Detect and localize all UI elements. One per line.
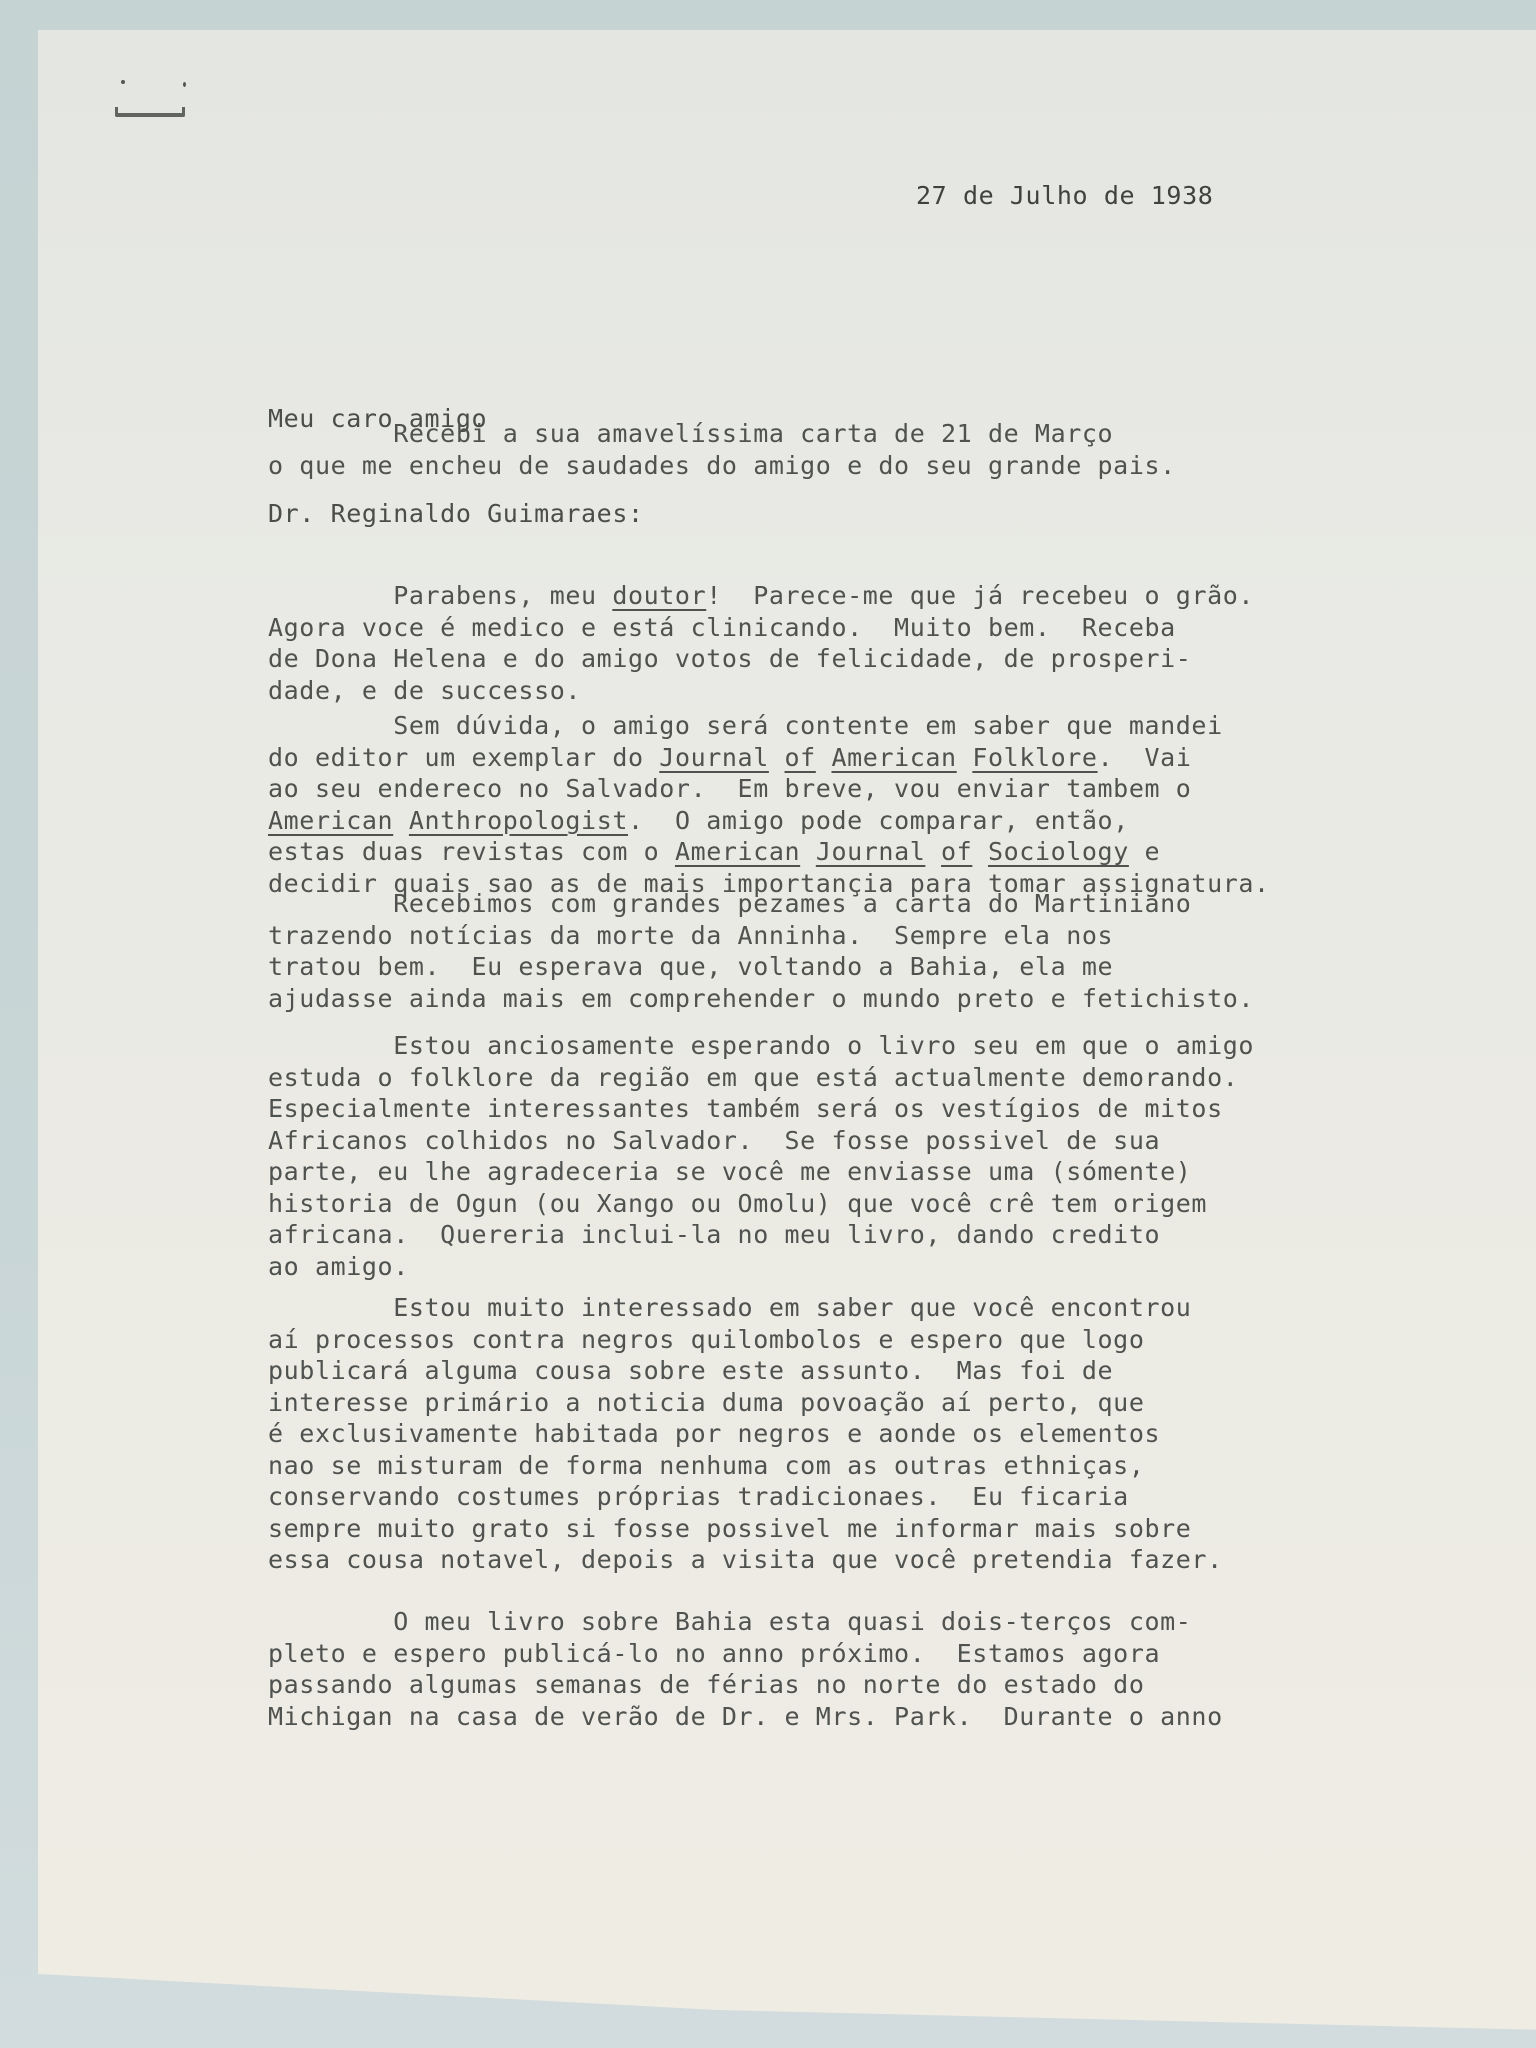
underlined-title: Anthropologist bbox=[409, 806, 628, 835]
text-line: ao amigo. bbox=[268, 1251, 1254, 1283]
text-line: publicará alguma cousa sobre este assunt… bbox=[268, 1355, 1223, 1387]
text-line: Michigan na casa de verão de Dr. e Mrs. … bbox=[268, 1701, 1223, 1733]
text-line: historia de Ogun (ou Xango ou Omolu) que… bbox=[268, 1188, 1254, 1220]
underlined-title: Folklore bbox=[972, 743, 1097, 772]
text-segment: ! Parece-me que já recebeu o grão. bbox=[706, 581, 1254, 610]
text-line: pleto e espero publicá-lo no anno próxim… bbox=[268, 1638, 1223, 1670]
text-segment bbox=[393, 806, 409, 835]
text-line: trazendo notícias da morte da Anninha. S… bbox=[268, 920, 1254, 952]
text-line: aí processos contra negros quilombolos e… bbox=[268, 1324, 1223, 1356]
text-line: nao se misturam de forma nenhuma com as … bbox=[268, 1450, 1223, 1482]
text-segment: . Vai bbox=[1098, 743, 1192, 772]
text-line: Estou anciosamente esperando o livro seu… bbox=[268, 1030, 1254, 1062]
text-segment bbox=[816, 743, 832, 772]
underlined-title: of bbox=[785, 743, 816, 772]
underlined-title: Journal bbox=[816, 837, 926, 866]
text-segment: do editor um exemplar do bbox=[268, 743, 659, 772]
text-segment: e bbox=[1129, 837, 1160, 866]
text-line: de Dona Helena e do amigo votos de felic… bbox=[268, 643, 1254, 675]
punch-mark bbox=[183, 82, 186, 87]
paragraph: Parabens, meu doutor! Parece-me que já r… bbox=[268, 580, 1254, 706]
text-line: parte, eu lhe agradeceria se você me env… bbox=[268, 1156, 1254, 1188]
paragraph: Estou anciosamente esperando o livro seu… bbox=[268, 1030, 1254, 1282]
text-line: O meu livro sobre Bahia esta quasi dois-… bbox=[268, 1606, 1223, 1638]
text-segment bbox=[769, 743, 785, 772]
staple-mark-icon bbox=[115, 107, 185, 117]
paragraph: Estou muito interessado em saber que voc… bbox=[268, 1292, 1223, 1576]
paragraph: Sem dúvida, o amigo será contente em sab… bbox=[268, 710, 1270, 899]
text-line: Agora voce é medico e está clinicando. M… bbox=[268, 612, 1254, 644]
underlined-title: doutor bbox=[612, 581, 706, 610]
punch-mark bbox=[121, 80, 125, 84]
underlined-title: American bbox=[831, 743, 956, 772]
text-segment bbox=[800, 837, 816, 866]
text-line: africana. Quereria inclui-la no meu livr… bbox=[268, 1219, 1254, 1251]
text-line: Estou muito interessado em saber que voc… bbox=[268, 1292, 1223, 1324]
text-line: ajudasse ainda mais em comprehender o mu… bbox=[268, 983, 1254, 1015]
salutation-line: Dr. Reginaldo Guimaraes: bbox=[268, 498, 644, 530]
text-line: Recebimos com grandes pezames a carta do… bbox=[268, 888, 1254, 920]
text-line: Africanos colhidos no Salvador. Se fosse… bbox=[268, 1125, 1254, 1157]
text-line: dade, e de successo. bbox=[268, 675, 1254, 707]
text-line: estas duas revistas com o American Journ… bbox=[268, 836, 1270, 868]
text-line: o que me encheu de saudades do amigo e d… bbox=[268, 450, 1176, 482]
text-line: Especialmente interessantes também será … bbox=[268, 1093, 1254, 1125]
underlined-title: Journal bbox=[659, 743, 769, 772]
underlined-title: American bbox=[268, 806, 393, 835]
underlined-title: Sociology bbox=[988, 837, 1129, 866]
text-line: tratou bem. Eu esperava que, voltando a … bbox=[268, 951, 1254, 983]
text-line: Sem dúvida, o amigo será contente em sab… bbox=[268, 710, 1270, 742]
text-line: sempre muito grato si fosse possivel me … bbox=[268, 1513, 1223, 1545]
paragraph: Recebi a sua amavelíssima carta de 21 de… bbox=[268, 418, 1176, 481]
text-segment bbox=[925, 837, 941, 866]
text-segment bbox=[957, 743, 973, 772]
text-line: essa cousa notavel, depois a visita que … bbox=[268, 1544, 1223, 1576]
text-line: ao seu endereco no Salvador. Em breve, v… bbox=[268, 773, 1270, 805]
letter-date: 27 de Julho de 1938 bbox=[916, 180, 1213, 212]
paragraph: Recebimos com grandes pezames a carta do… bbox=[268, 888, 1254, 1014]
underlined-title: of bbox=[941, 837, 972, 866]
underlined-title: American bbox=[675, 837, 800, 866]
text-line: American Anthropologist. O amigo pode co… bbox=[268, 805, 1270, 837]
text-line: conservando costumes próprias tradiciona… bbox=[268, 1481, 1223, 1513]
text-segment: estas duas revistas com o bbox=[268, 837, 675, 866]
text-line: estuda o folklore da região em que está … bbox=[268, 1062, 1254, 1094]
text-line: passando algumas semanas de férias no no… bbox=[268, 1669, 1223, 1701]
paragraph: O meu livro sobre Bahia esta quasi dois-… bbox=[268, 1606, 1223, 1732]
text-line: é exclusivamente habitada por negros e a… bbox=[268, 1418, 1223, 1450]
text-segment bbox=[972, 837, 988, 866]
text-line: Parabens, meu doutor! Parece-me que já r… bbox=[268, 580, 1254, 612]
text-line: Recebi a sua amavelíssima carta de 21 de… bbox=[268, 418, 1176, 450]
text-segment: Parabens, meu bbox=[268, 581, 612, 610]
text-line: interesse primário a noticia duma povoaç… bbox=[268, 1387, 1223, 1419]
text-line: do editor um exemplar do Journal of Amer… bbox=[268, 742, 1270, 774]
text-segment: . O amigo pode comparar, então, bbox=[628, 806, 1129, 835]
